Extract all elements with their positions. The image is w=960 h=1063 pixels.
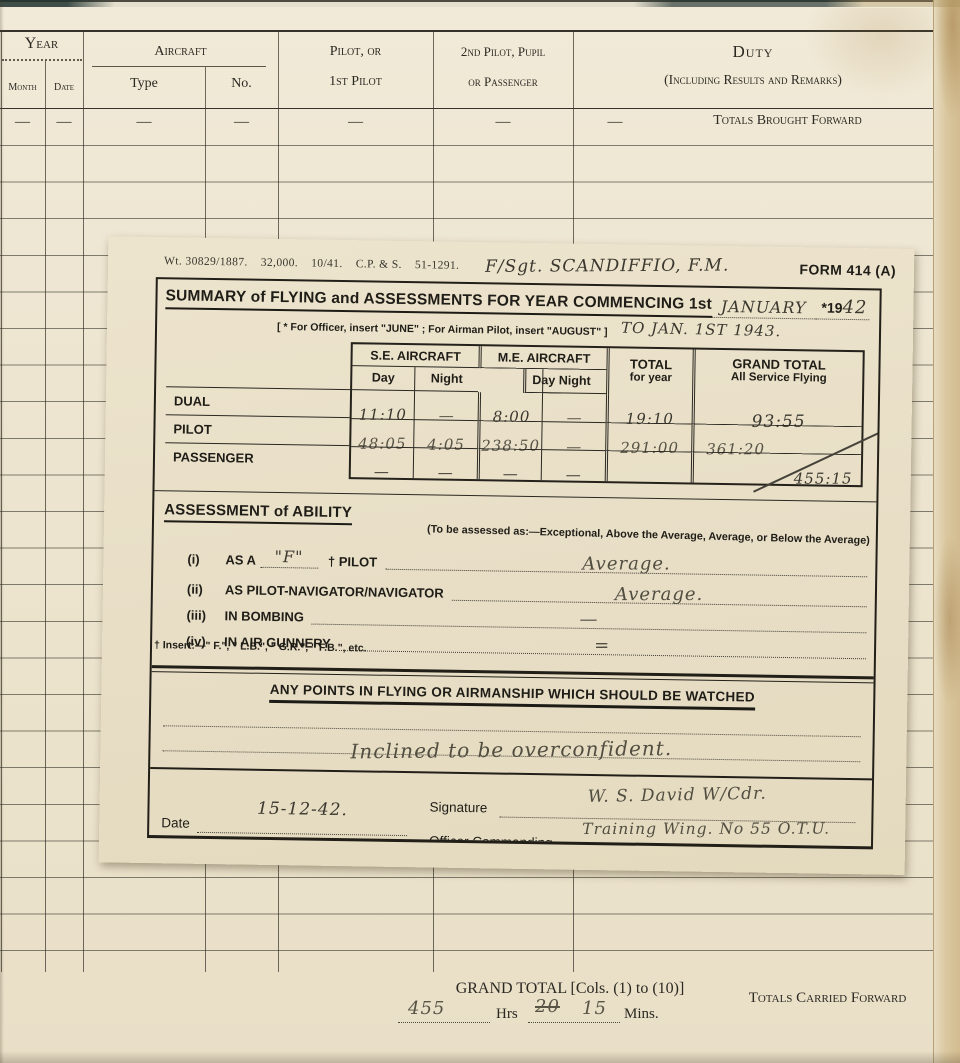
col-header-pilot-1: Pilot, or [278,44,433,60]
assessment-i-value: Average. [582,554,670,575]
totals-brought-forward: Totals Brought Forward [645,113,930,129]
row-label-pilot: PILOT [165,414,349,445]
assessment-iv-value: = [594,635,610,656]
officer-commanding-value-handwritten: Training Wing. No 55 O.T.U. [582,820,830,838]
dash-pilot: — [278,114,433,131]
signature-label: Signature [429,800,487,816]
col-header-year: Year [0,35,83,53]
pilot-se-day: 48:05 [351,418,413,447]
signature-value-handwritten: W. S. David W/Cdr. [588,784,767,807]
year-dotted-line [2,59,82,61]
period-note-handwritten: TO JAN. 1ST 1943. [607,318,869,343]
passenger-se-night: — [413,447,477,479]
ledger-header-rule [0,108,935,109]
pilot-me-night: — [541,421,605,450]
form-414a: Wt. 30829/1887. 32,000. 10/41. C.P. & S.… [99,236,915,875]
dash-duty: — [580,114,650,131]
row-label-dual: DUAL [166,386,350,417]
col-header-2nd-pilot-1: 2nd Pilot, Pupil [433,44,573,60]
pilot-total: 291:00 [605,422,691,451]
grand-total-mins-handwritten: 15 [582,998,607,1019]
assessment-item-i: (i) AS A "F" † PILOT Average. [187,544,867,578]
col-header-date: Date [45,82,83,93]
col-header-pilot-2: 1st Pilot [278,74,433,90]
form-border-box: SUMMARY of FLYING and ASSESSMENTS FOR YE… [147,277,882,849]
grand-total-header: GRAND TOTAL All Service Flying [692,350,863,399]
print-code: Wt. 30829/1887. 32,000. 10/41. C.P. & S.… [164,255,459,272]
passenger-se-day: — [351,446,413,478]
se-day-header: Day [352,366,414,391]
signature-section: Date 15-12-42. Signature W. S. David W/C… [148,769,872,849]
assessment-ii-value: Average. [615,584,703,605]
form-header-row: Wt. 30829/1887. 32,000. 10/41. C.P. & S.… [164,249,896,280]
dual-me-night: — [542,393,606,422]
passenger-total [605,450,691,482]
points-value-handwritten: Inclined to be overconfident. [351,736,673,763]
dual-me-day: 8:00 [478,392,542,421]
year-handwritten: 42 [842,297,867,318]
commencing-month-handwritten: JANUARY [712,297,816,320]
logbook-page: Year Month Date Aircraft Type No. Pilot,… [0,0,960,1063]
se-aircraft-header: S.E. AIRCRAFT [352,344,478,368]
dual-grand-total: 93:55 [692,396,862,427]
page-edge [933,0,960,1063]
pilot-grand-total: 361:20 [691,424,861,455]
total-for-year-header: TOTAL for year [606,348,693,395]
year-slot: *1942 [815,296,869,320]
grand-total-label: GRAND TOTAL [Cols. (1) to (10)] [390,980,750,998]
assessment-heading: ASSESSMENT of ABILITY [164,501,352,525]
row-label-passenger: PASSENGER [165,442,349,476]
col-header-no: No. [205,76,278,92]
col-header-month: Month [0,82,45,93]
hrs-label: Hrs [496,1006,518,1023]
date-value-handwritten: 15-12-42. [257,799,348,820]
passenger-me-day: — [477,448,541,480]
points-section: ANY POINTS IN FLYING OR AIRMANSHIP WHICH… [150,672,873,762]
form-number: FORM 414 (A) [799,261,896,279]
col-header-type: Type [83,76,205,92]
assessment-iii-value: — [580,609,599,630]
insert-footnote: † Insert:—" F.", " L.B.", " G.R.", " F.B… [154,639,367,654]
assessment-section: ASSESSMENT of ABILITY (To be assessed as… [152,491,877,668]
dash-type: — [83,114,205,131]
grand-total-hours-handwritten: 455 [408,998,445,1019]
col-header-aircraft: Aircraft [83,44,278,60]
form-subtitle: [ * For Officer, insert "JUNE" ; For Air… [277,321,608,338]
dash-no: — [205,114,278,131]
dual-se-day: 11:10 [352,390,414,419]
passenger-me-night: — [541,449,605,481]
me-night-header: Night [542,369,606,394]
year-prefix: *19 [821,300,842,316]
totals-carried-forward: Totals Carried Forward [715,990,940,1007]
date-label: Date [161,815,190,830]
pilot-category-handwritten: "F" [274,547,303,566]
grand-total-mins-struck: 20 [535,996,560,1017]
dual-total: 19:10 [606,394,692,423]
airman-name-handwritten: F/Sgt. SCANDIFFIO, F.M. [485,256,729,277]
dash-2nd-pilot: — [433,114,573,131]
mins-label: Mins. [624,1006,659,1023]
assessment-scale-note: (To be assessed as:—Exceptional, Above t… [384,522,870,547]
me-aircraft-header: M.E. AIRCRAFT [478,346,606,370]
col-header-2nd-pilot-2: or Passenger [433,74,573,90]
dual-se-night: — [414,391,478,420]
dash-month: — [0,114,45,131]
summary-columns: S.E. AIRCRAFT M.E. AIRCRAFT TOTAL for ye… [349,342,865,487]
dash-date: — [45,114,83,131]
summary-row-labels: DUAL PILOT PASSENGER [165,386,350,476]
summary-table: DUAL PILOT PASSENGER S.E. AIRCRAFT M.E. … [155,339,879,492]
officer-commanding-label: Officer Commanding [429,834,553,850]
ledger-top-rule [0,30,935,32]
se-night-header: Night [414,367,478,392]
pilot-me-day: 238:50 [477,420,541,449]
pilot-se-night: 4:05 [413,419,477,448]
